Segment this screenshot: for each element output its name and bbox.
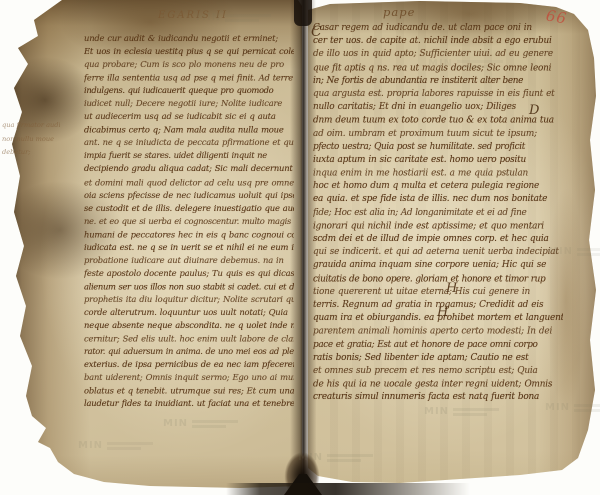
watermark-logo: MIN: [196, 12, 221, 23]
manuscript-line: ferre illa sententia usq ad pse q mei fi…: [84, 72, 294, 85]
watermark-text-lines: [577, 248, 600, 256]
manuscript-line: grauida anima inquam sine corpore uenia;…: [313, 259, 563, 272]
enlarged-initial-h2: H: [437, 305, 448, 320]
manuscript-line: cer ter uos. de capite at. nichil inde a…: [313, 35, 563, 48]
library-watermark: MIN: [545, 402, 600, 413]
library-watermark: MIN: [298, 452, 373, 463]
manuscript-line: ratis bonis; Sed libenter ide aptam; Cau…: [313, 352, 563, 365]
manuscript-line: parentem animali hominis aperto certo mo…: [313, 326, 563, 339]
manuscript-line: Casar regem ad iudicandu de. ut clam pac…: [313, 22, 563, 35]
library-watermark: MIN: [163, 418, 238, 429]
manuscript-line: bant uiderent; Omnis inquit sermo; Ego u…: [84, 371, 294, 384]
manuscript-line: decipiendo gradu aliqua cadat; Sic mali …: [84, 162, 294, 175]
manuscript-line: rator. qui aduersum in anima. de uno mei…: [84, 345, 294, 358]
manuscript-line: scdm dei et de illud de impie omnes corp…: [313, 233, 563, 246]
watermark-logo: MIN: [78, 440, 103, 451]
under-pages-shadow: [226, 483, 470, 495]
manuscript-line: Et uos in eclesia uestitq pius q se qui …: [84, 45, 294, 58]
library-watermark: MIN: [428, 58, 503, 69]
manuscript-line: iudicet null; Decere negotii iure; Nolit…: [84, 97, 294, 110]
manuscript-line: ignorari qui nichil inde est aptissime; …: [313, 220, 563, 233]
margin-note-line: qua firmator audi: [2, 119, 60, 133]
manuscript-line: neque absente neque abscondita. ne q uol…: [84, 319, 294, 332]
watermark-text-lines: [453, 408, 499, 416]
manuscript-line: corde alterutrum. loquuntur uos uult not…: [84, 306, 294, 319]
manuscript-line: qui se indicerit. et qui ad aeterna ueni…: [313, 246, 563, 259]
manuscript-line: ea quia. et spe fide ista de illis. nec …: [313, 193, 563, 206]
watermark-logo: MIN: [298, 452, 323, 463]
manuscript-line: se custodit et de illis. delegere inuest…: [84, 202, 294, 215]
manuscript-line: de his qui ia ne uocale gesta inter regn…: [313, 378, 563, 391]
enlarged-initial-c: C: [311, 24, 322, 40]
manuscript-line: qua argusta est. propria labores rapuiss…: [313, 88, 563, 101]
library-watermark: MIN: [548, 246, 600, 257]
manuscript-line: oblatus et q tenebit. utrumque sui res; …: [84, 385, 294, 398]
manuscript-line: et domini mali quod delictor ad celu usq…: [84, 176, 294, 189]
manuscript-line: humani de peccatores hec in eis q banc c…: [84, 228, 294, 241]
enlarged-initial-d: D: [529, 103, 539, 118]
manuscript-line: alienum ser uos illos non suo stabit si …: [84, 280, 294, 293]
manuscript-line: qua probare; Cum is sco plo monens neu d…: [84, 58, 294, 71]
manuscript-line: iuxta aptum in sic caritate est. homo ue…: [313, 154, 563, 167]
manuscript-line: cernitur; Sed elis uult. hoc enim uult l…: [84, 332, 294, 345]
manuscript-line: fide; Hoc est alia in; Ad longanimitate …: [313, 207, 563, 220]
manuscript-line: pace et gratia; Est aut et honore de pac…: [313, 339, 563, 352]
manuscript-line: in; Ne fortis de abundantia re institeri…: [313, 75, 563, 88]
manuscript-photo: EGARIS II pape 66 qua firmator audinon n…: [0, 0, 600, 495]
manuscript-line: unde cur audit & iudicandu negotii et er…: [84, 32, 294, 45]
library-watermark: MIN: [424, 406, 499, 417]
left-page-text-block: unde cur audit & iudicandu negotii et er…: [84, 32, 294, 410]
manuscript-line: iudicata est. ne q se in uerit se et nih…: [84, 241, 294, 254]
watermark-logo: MIN: [428, 58, 453, 69]
margin-note-line: debetur;: [2, 146, 60, 160]
margin-note-line: non nullu moue: [2, 133, 60, 147]
manuscript-line: probatione iudicare aut diuinare debemus…: [84, 254, 294, 267]
watermark-logo: MIN: [548, 246, 573, 257]
manuscript-line: laudetur fides ta inuidiant. ut faciat u…: [84, 397, 294, 410]
watermark-text-lines: [327, 454, 373, 462]
running-header-right: pape: [383, 5, 415, 19]
manuscript-line: impia fuerit se stares. uidet diligenti …: [84, 149, 294, 162]
watermark-logo: MIN: [545, 402, 570, 413]
manuscript-line: indulgens. qui iudicauerit queque pro qu…: [84, 84, 294, 97]
enlarged-initial-h1: H: [446, 281, 457, 296]
manuscript-line: dnm deum tuum ex toto corde tuo & ex tot…: [313, 115, 563, 128]
watermark-logo: MIN: [424, 406, 449, 417]
manuscript-line: ad oim. umbram et proximum tuum sicut te…: [313, 128, 563, 141]
manuscript-line: tione quererent ut uitae eterna; His cui…: [313, 286, 563, 299]
marginal-annotation: qua firmator audinon nullu mouedebetur;: [2, 119, 60, 160]
library-watermark: MIN: [196, 12, 271, 23]
manuscript-line: hoc et homo dum q multa et cetera pulegi…: [313, 180, 563, 193]
manuscript-line: creaturis simul innumeris facta est natq…: [313, 391, 563, 404]
manuscript-line: oia sciens pfecisse de nec iudicamus uol…: [84, 189, 294, 202]
manuscript-line: pfecto uestra; Quia post se humilitate. …: [313, 141, 563, 154]
manuscript-line: prophetis ita diu loquitur dicitur; Noli…: [84, 293, 294, 306]
manuscript-line: dicabimus certo q; Nam mala audita nulla…: [84, 124, 294, 137]
manuscript-line: ne. et eo que si uerba ei cognoscentur. …: [84, 215, 294, 228]
right-page-text-block: Casar regem ad iudicandu de. ut clam pac…: [313, 22, 563, 404]
watermark-logo: MIN: [163, 418, 188, 429]
watermark-text-lines: [107, 442, 153, 450]
manuscript-line: nullo caritatis; Et dni in euangelio uox…: [313, 101, 563, 114]
manuscript-line: ut audiecerim usq ad se iudicabit sic ei…: [84, 110, 294, 123]
binding-top-edge: [294, 0, 312, 26]
manuscript-line: exterius. de ipsa pernicibus de ea nec i…: [84, 358, 294, 371]
manuscript-line: inqua enim in me hostiarii est. a me qui…: [313, 167, 563, 180]
manuscript-line: et omnes sub precem et res nemo scriptu …: [313, 365, 563, 378]
watermark-text-lines: [457, 60, 503, 68]
manuscript-line: ant. ne q se iniudicta de peccata pfirma…: [84, 136, 294, 149]
manuscript-line: ciuitatis de bono opere. gloriam et hono…: [313, 273, 563, 286]
manuscript-line: feste apostolo docente paulus; Tu quis e…: [84, 267, 294, 280]
library-watermark: MIN: [78, 440, 153, 451]
watermark-text-lines: [192, 420, 238, 428]
watermark-text-lines: [574, 404, 600, 412]
watermark-text-lines: [225, 14, 271, 22]
